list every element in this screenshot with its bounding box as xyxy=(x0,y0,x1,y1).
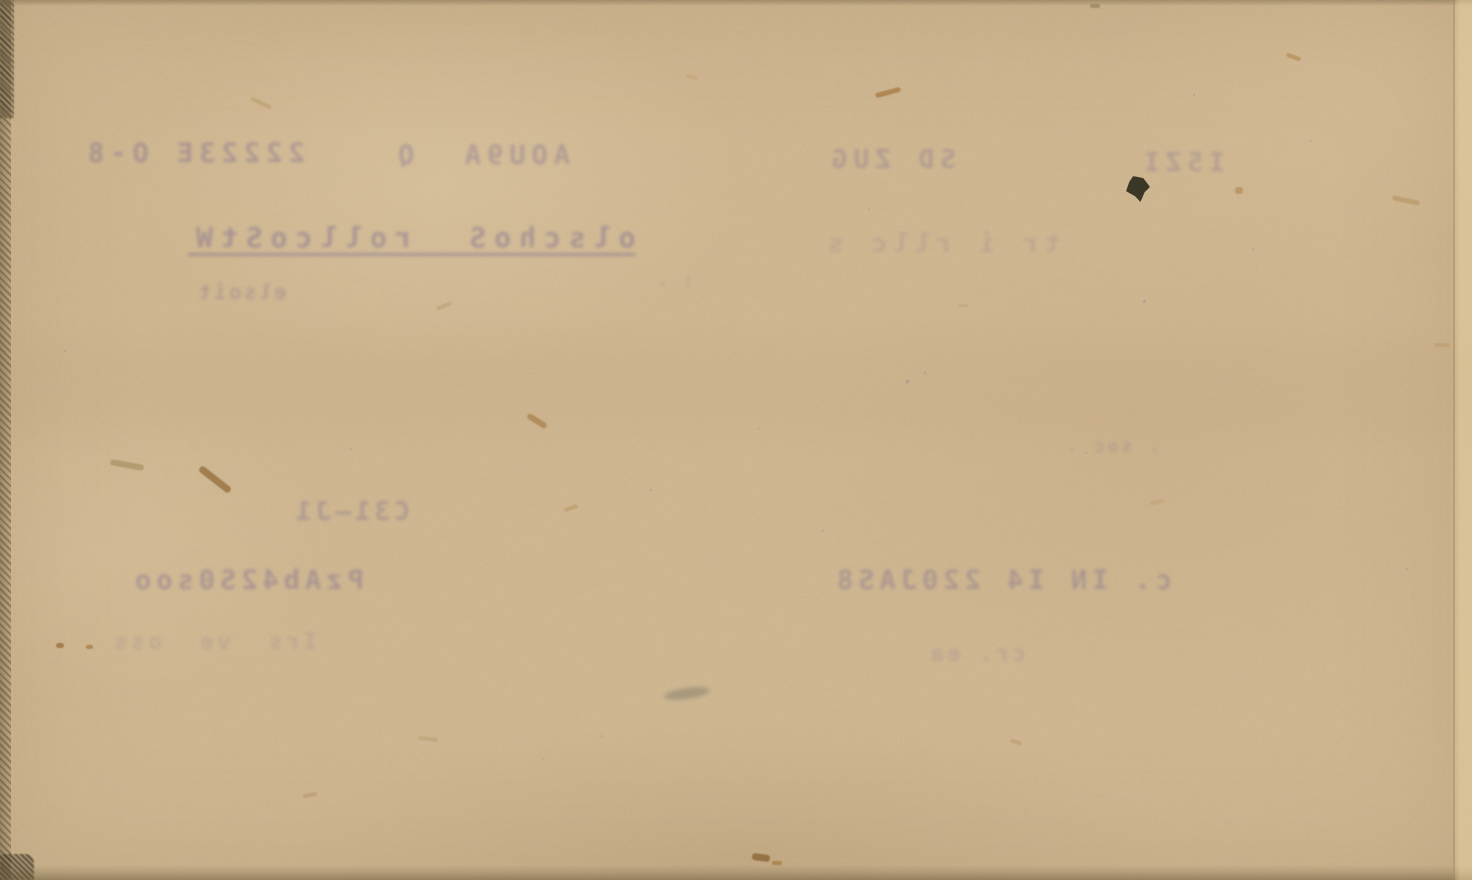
scan-edge-bottom xyxy=(0,865,1472,880)
scan-edge-left-top xyxy=(0,0,14,118)
paper-fiber xyxy=(1235,187,1243,194)
ink-dot xyxy=(1252,248,1254,250)
paper-fiber xyxy=(564,504,579,512)
ink-dot xyxy=(542,758,544,760)
ink-dot xyxy=(924,372,926,374)
ink-dot xyxy=(758,428,760,430)
paper-fiber xyxy=(752,853,771,862)
paper-fiber xyxy=(772,861,782,865)
ink-dot xyxy=(906,380,909,383)
paper-fiber xyxy=(958,304,968,307)
ink-dot xyxy=(1310,140,1312,142)
paper-fiber xyxy=(1010,738,1023,746)
ghost-line-3b: : . xyxy=(655,270,694,291)
scanned-card-verso: 22223E O-8AOU9A QSD ZUGI5ZIolschoS rollc… xyxy=(0,0,1472,880)
ghost-mid-date: C31—J1 xyxy=(292,497,410,527)
paper-fiber xyxy=(86,645,93,649)
paper-fiber xyxy=(110,459,145,471)
ghost-line-1-seg-3: SD ZUG xyxy=(826,145,956,175)
ghost-line-3: elsoit xyxy=(196,280,286,304)
dark-speck xyxy=(1126,176,1150,202)
scan-seam-right xyxy=(1453,0,1455,880)
ghost-mid-right: . soc . xyxy=(1063,436,1160,457)
paper-fiber xyxy=(198,465,232,494)
paper-fiber xyxy=(1392,195,1420,206)
paper-grain-texture xyxy=(0,0,1472,880)
paper-fiber xyxy=(875,87,901,99)
ink-dot xyxy=(1406,568,1408,570)
scan-edge-left xyxy=(0,0,11,880)
scan-corner-bottom-left xyxy=(0,854,34,880)
scan-edge-right xyxy=(1452,0,1472,880)
paper-fiber xyxy=(56,643,64,648)
ink-dot xyxy=(350,448,352,450)
paper-fiber xyxy=(303,792,317,798)
paper-tone-overlay xyxy=(0,0,1472,880)
ink-dot xyxy=(64,350,66,352)
ink-dot xyxy=(600,735,602,737)
paper-fiber xyxy=(418,736,438,742)
ink-dot xyxy=(1143,300,1146,303)
ink-dot xyxy=(1085,452,1087,454)
ghost-bottom-right-2: cr. ea xyxy=(928,642,1025,667)
ghost-line-2-seg-1: olschoS rollcoStW xyxy=(188,221,635,254)
ghost-bottom-left-2: Irs ve oss xyxy=(110,630,317,655)
ghost-line-1-seg-2: AOU9A Q xyxy=(392,140,570,171)
ghost-line-2-seg-2: tr i rllc s xyxy=(822,229,1060,259)
paper-fiber xyxy=(1434,343,1450,347)
ghost-bottom-right-1: c. IN I4 220JAS8 xyxy=(832,565,1172,596)
ghost-bottom-left-1: PzAb42S0soo xyxy=(130,565,364,596)
paper-fiber xyxy=(1090,4,1100,8)
ink-dot xyxy=(1193,94,1195,96)
paper-fiber xyxy=(436,301,452,311)
ink-dot xyxy=(822,530,824,532)
paper-fiber xyxy=(250,97,272,110)
scan-edge-top xyxy=(0,0,1472,6)
pencil-smudge xyxy=(663,685,710,702)
paper-fiber xyxy=(686,74,699,81)
paper-fiber xyxy=(1286,53,1301,62)
paper-fiber xyxy=(1150,499,1165,506)
ghost-line-1-seg-1: 22223E O-8 xyxy=(82,138,305,169)
ghost-line-1-seg-4: I5ZI xyxy=(1138,148,1225,178)
ink-dot xyxy=(868,208,870,210)
ink-dot xyxy=(650,489,652,491)
paper-fiber xyxy=(526,413,548,430)
